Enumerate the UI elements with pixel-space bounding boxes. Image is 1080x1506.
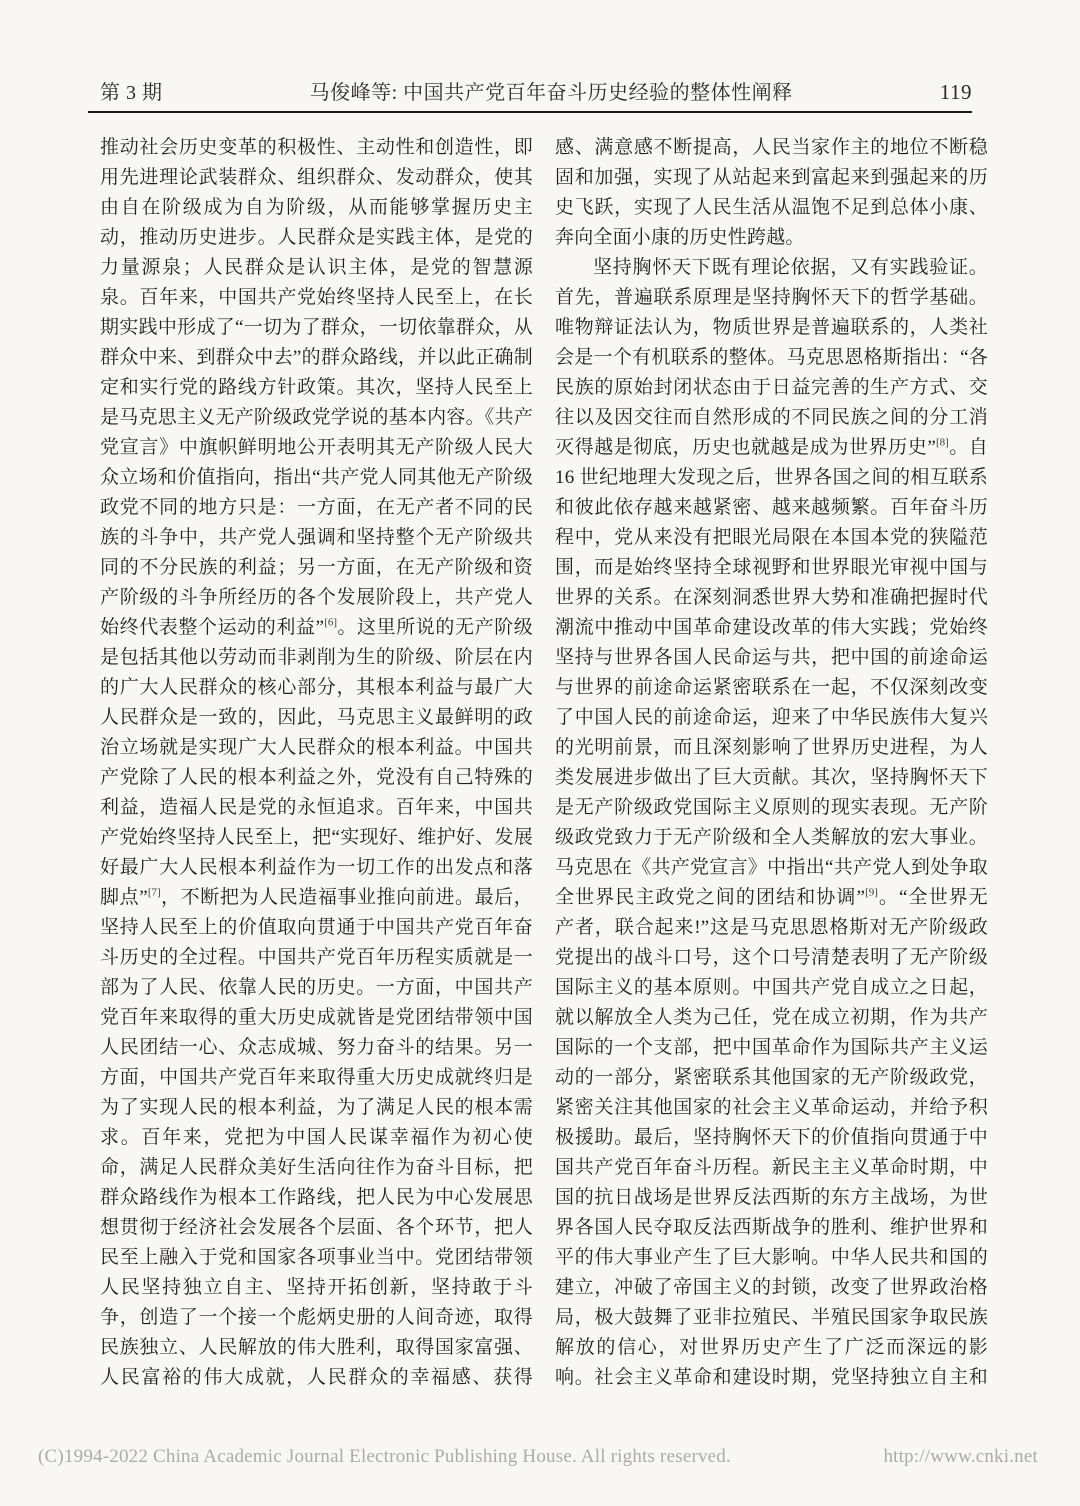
copyright-text: (C)1994-2022 China Academic Journal Elec…	[38, 1446, 731, 1468]
page-number: 119	[940, 80, 972, 105]
page-footer: (C)1994-2022 China Academic Journal Elec…	[38, 1446, 1038, 1468]
running-title: 马俊峰等: 中国共产党百年奋斗历史经验的整体性阐释	[163, 76, 940, 105]
citation-marker: [7]	[148, 887, 161, 899]
header-rule	[88, 111, 972, 113]
journal-page-scan: 第 3 期 马俊峰等: 中国共产党百年奋斗历史经验的整体性阐释 119 推动社会…	[0, 0, 1080, 1506]
citation-marker: [9]	[865, 887, 878, 899]
cnki-url: http://www.cnki.net	[883, 1446, 1038, 1468]
body-paragraph: 坚持胸怀天下既有理论依据，又有实践验证。首先，普遍联系原理是坚持胸怀天下的哲学基…	[555, 133, 988, 1395]
article-body: 推动社会历史变革的积极性、主动性和创造性，即用先进理论武装群众、组织群众、发动群…	[100, 133, 988, 1395]
citation-marker: [8]	[936, 437, 949, 449]
citation-marker: [6]	[324, 617, 337, 629]
page-header: 第 3 期 马俊峰等: 中国共产党百年奋斗历史经验的整体性阐释 119	[100, 76, 972, 105]
issue-label: 第 3 期	[100, 76, 163, 105]
